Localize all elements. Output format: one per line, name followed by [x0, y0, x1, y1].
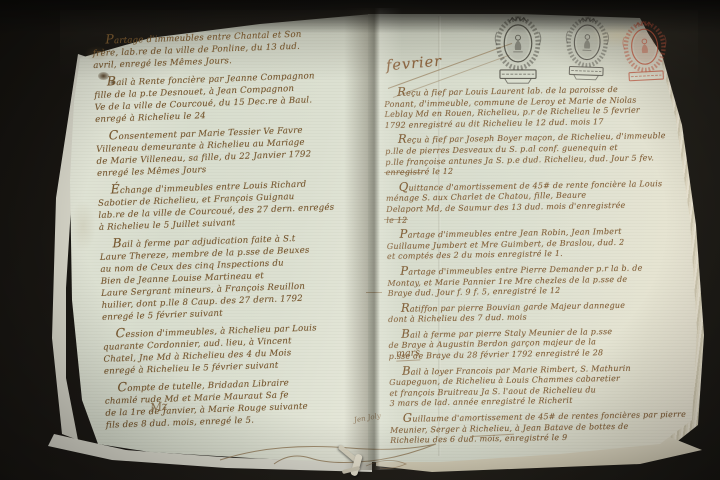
pen-dash — [366, 292, 382, 293]
paper-stain — [70, 200, 96, 252]
manuscript-book: Partage d'immeubles entre Chantal et Son… — [0, 0, 720, 480]
signature-flourish: Mz — [150, 396, 167, 415]
left-page-text: Partage d'immeubles entre Chantal et Son… — [92, 21, 378, 432]
photo-background: Partage d'immeubles entre Chantal et Son… — [0, 0, 720, 480]
tax-stamp-black-1-icon — [489, 13, 547, 87]
tax-stamp-black-2-icon — [559, 13, 615, 84]
signature-mark: Mz — [149, 399, 167, 415]
right-page-text: Reçu à fief par Louis Laurent lab. de la… — [384, 79, 680, 447]
pen-underline — [384, 219, 408, 220]
tax-stamp-red-icon — [614, 17, 676, 90]
pen-underline — [384, 172, 422, 173]
